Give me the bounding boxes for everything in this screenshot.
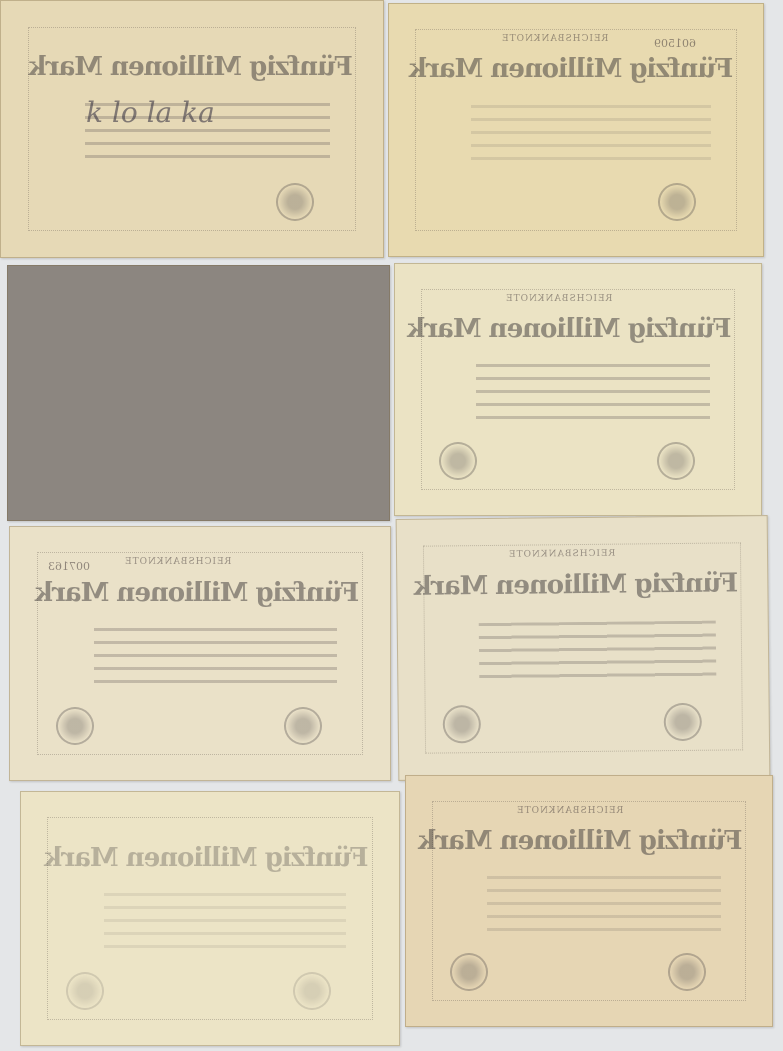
seal-icon [439, 442, 477, 480]
banknote-2: 601509 REICHSBANKNOTE Fünfzig Millionen … [388, 3, 764, 257]
banknote-text-block [476, 364, 710, 419]
seal-icon [293, 972, 331, 1010]
banknote-4: REICHSBANKNOTE Fünfzig Millionen Mark [394, 263, 762, 516]
banknote-header: REICHSBANKNOTE [505, 294, 612, 304]
banknote-5: 007163 REICHSBANKNOTE Fünfzig Millionen … [9, 526, 391, 781]
banknote-text-block [479, 621, 716, 681]
banknote-title: Fünfzig Millionen Mark [435, 826, 742, 856]
seal-icon [668, 953, 706, 991]
banknote-6: REICHSBANKNOTE Fünfzig Millionen Mark [396, 515, 771, 781]
seal-icon [658, 183, 696, 221]
banknote-title: Fünfzig Millionen Mark [40, 578, 359, 608]
banknote-title: Fünfzig Millionen Mark [51, 843, 369, 873]
banknote-text-block [471, 105, 710, 160]
seal-icon [284, 707, 322, 745]
seal-icon [66, 972, 104, 1010]
banknote-header: REICHSBANKNOTE [516, 806, 623, 816]
banknote-header: REICHSBANKNOTE [508, 549, 615, 560]
banknote-header: REICHSBANKNOTE [124, 557, 231, 567]
banknote-1: Fünfzig Millionen Mark k lo la ka [0, 0, 384, 258]
handwriting: k lo la ka [86, 96, 215, 129]
serial-number: 007163 [48, 560, 90, 573]
seal-icon [450, 953, 488, 991]
seal-icon [443, 705, 481, 743]
banknote-text-block [94, 628, 337, 684]
banknote-title: Fünfzig Millionen Mark [424, 314, 731, 344]
banknote-3-blank [7, 265, 390, 521]
seal-icon [657, 442, 695, 480]
seal-icon [664, 702, 702, 740]
banknote-title: Fünfzig Millionen Mark [419, 54, 733, 84]
banknote-header: REICHSBANKNOTE [501, 34, 608, 44]
banknote-title: Fünfzig Millionen Mark [32, 52, 353, 82]
seal-icon [56, 707, 94, 745]
banknote-text-block [104, 893, 346, 949]
banknote-7: Fünfzig Millionen Mark [20, 791, 400, 1046]
banknote-text-block [487, 876, 721, 931]
banknote-8: REICHSBANKNOTE Fünfzig Millionen Mark [405, 775, 773, 1027]
serial-number: 601509 [654, 37, 696, 50]
banknote-title: Fünfzig Millionen Mark [427, 568, 738, 601]
